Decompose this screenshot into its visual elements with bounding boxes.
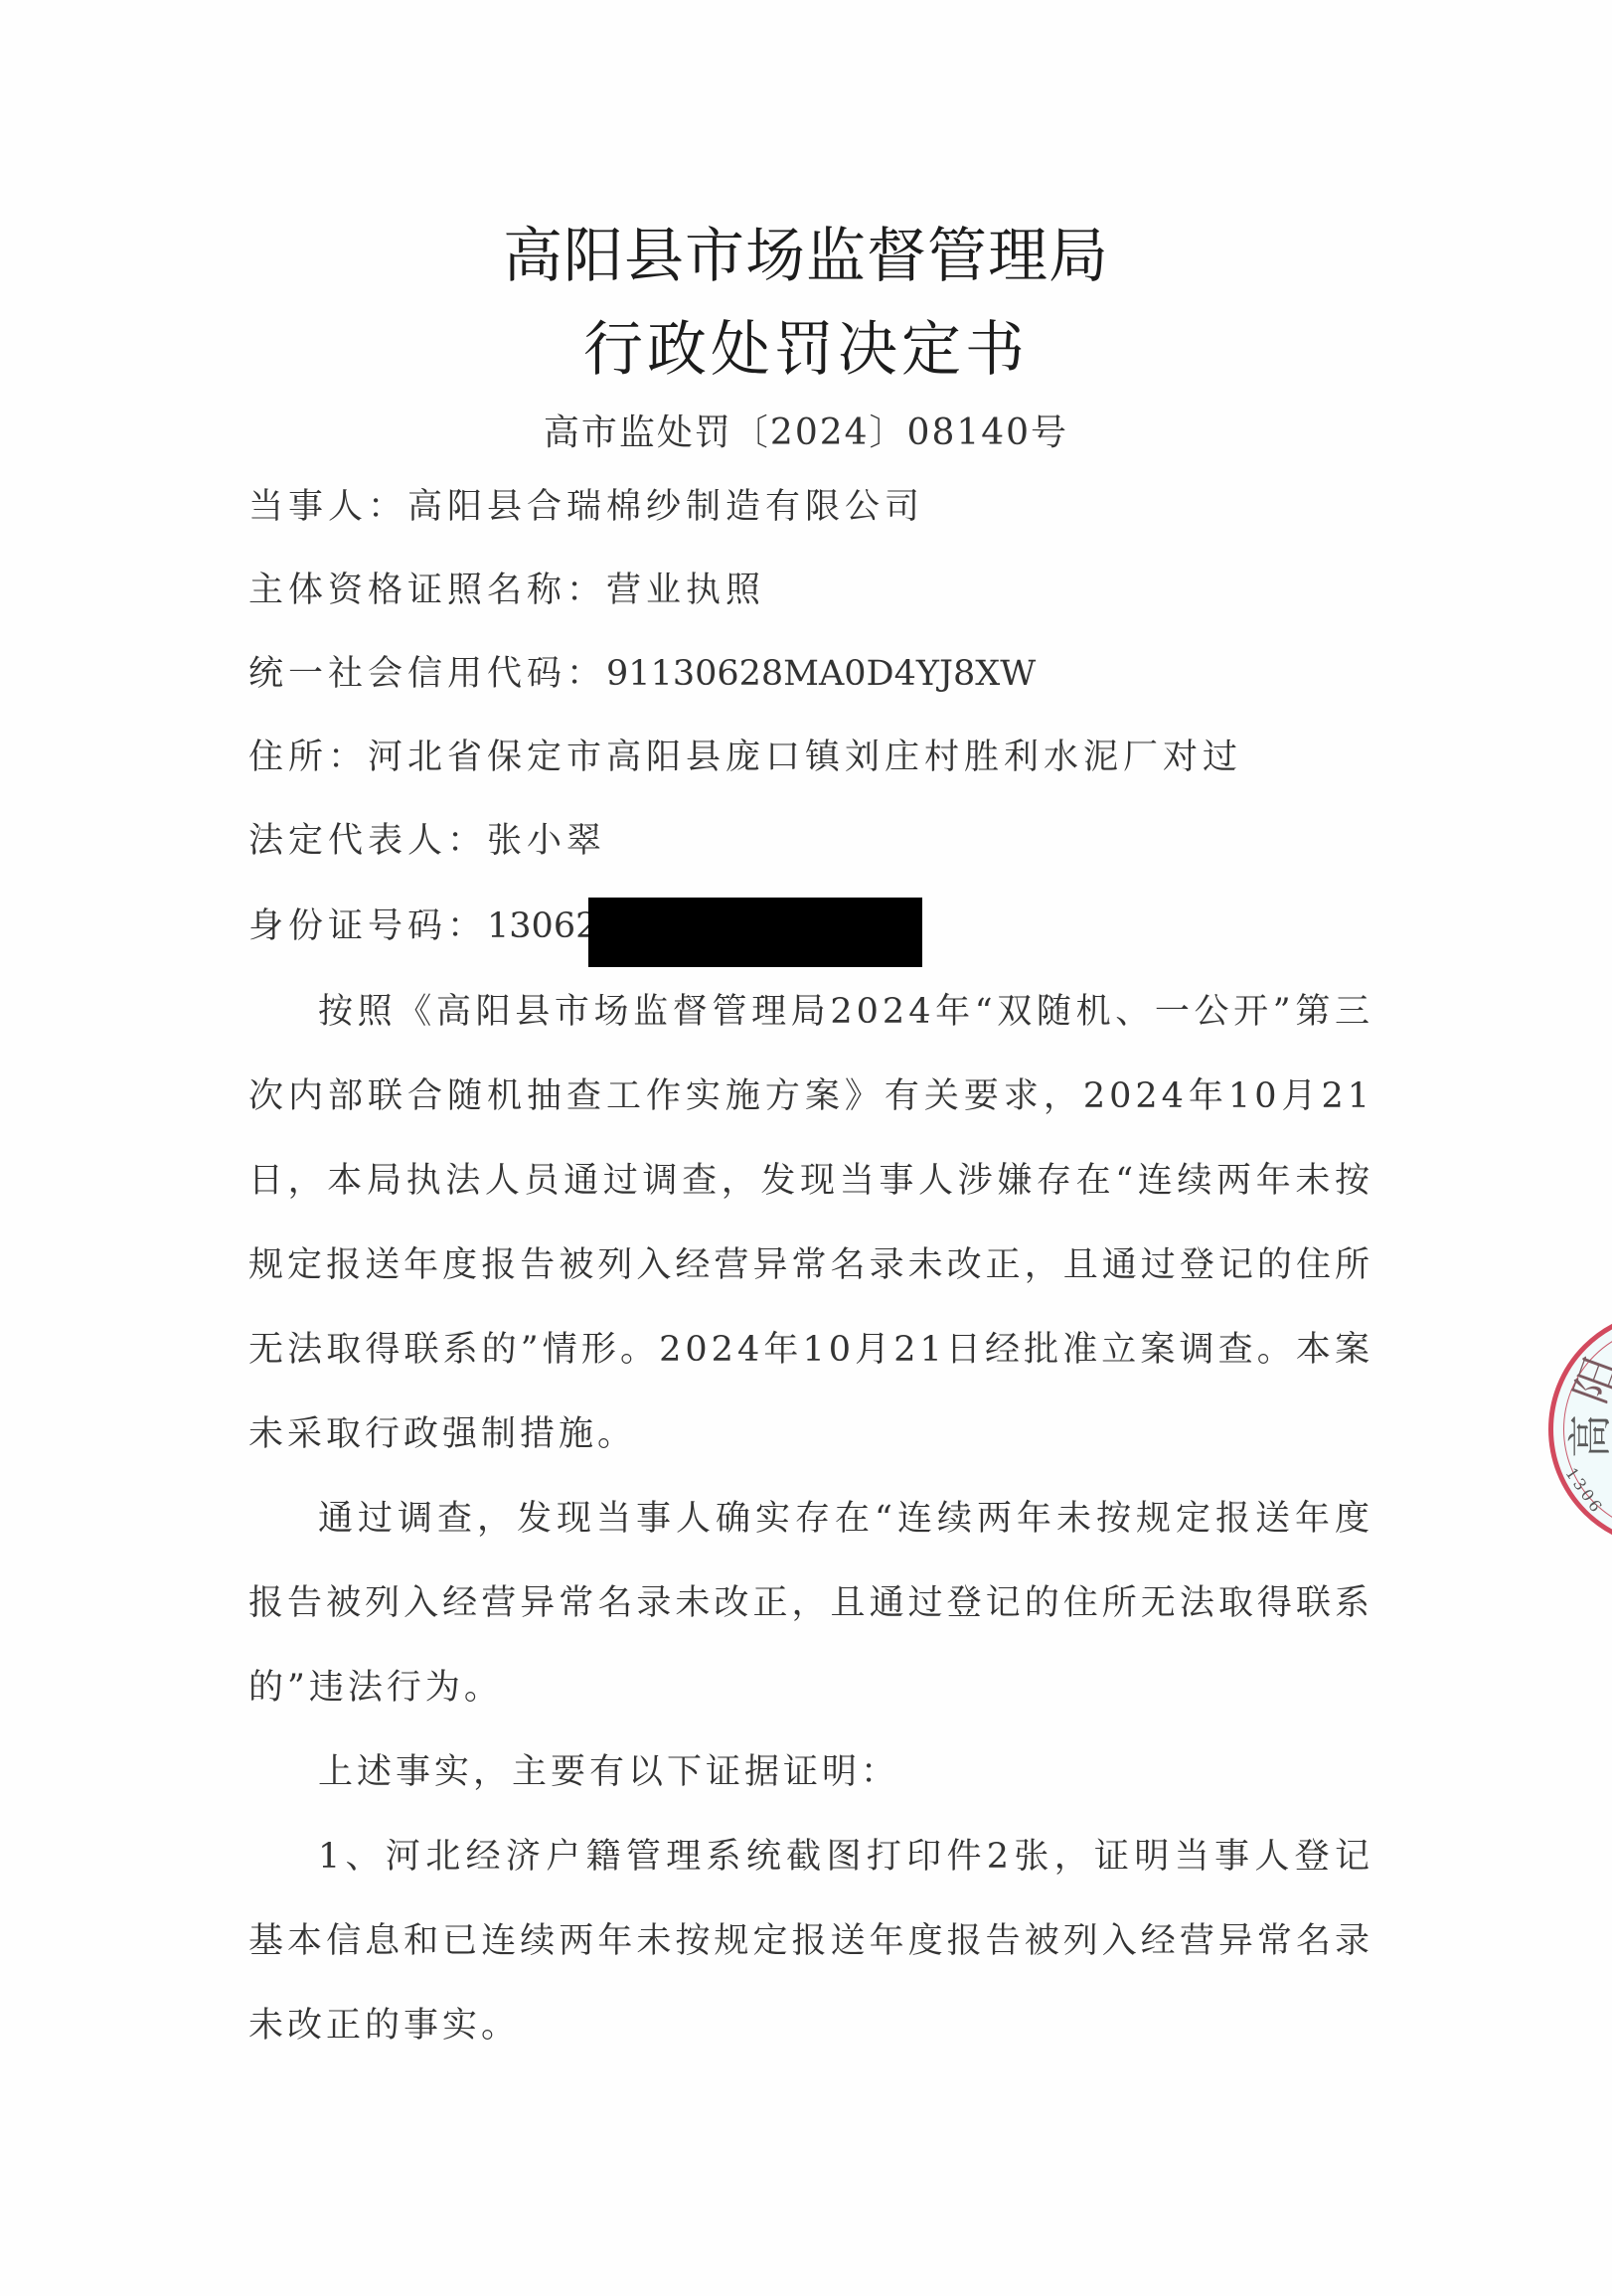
credit-code-value: 91130628MA0D4YJ8XW: [606, 654, 1036, 694]
official-seal-stamp: 阳 高 1306: [1548, 1310, 1612, 1549]
license-name-label: 主体资格证照名称：: [248, 571, 606, 610]
party-label: 当事人：: [248, 487, 407, 527]
redaction-box: [588, 898, 922, 967]
address-value: 河北省保定市高阳县庞口镇刘庄村胜利水泥厂对过: [368, 738, 1242, 777]
paragraph-evidence-item-1: 1、河北经济户籍管理系统截图打印件2张，证明当事人登记基本信息和已连续两年未按规…: [248, 1815, 1373, 2068]
paragraph-evidence-intro: 上述事实，主要有以下证据证明：: [248, 1730, 1373, 1815]
document-type-title: 行政处罚决定书: [0, 314, 1612, 386]
party-value: 高阳县合瑞棉纱制造有限公司: [407, 487, 924, 527]
legal-representative-value: 张小翠: [487, 821, 606, 861]
address-label: 住所：: [248, 738, 368, 777]
issuer-title: 高阳县市场监督管理局: [0, 221, 1612, 292]
id-number-label: 身份证号码：: [248, 906, 487, 946]
id-number-field: 身份证号码：13062: [248, 904, 597, 948]
address-field: 住所：河北省保定市高阳县庞口镇刘庄村胜利水泥厂对过: [248, 736, 1242, 779]
credit-code-label: 统一社会信用代码：: [248, 654, 606, 694]
legal-representative-field: 法定代表人：张小翠: [248, 819, 606, 863]
seal-char-gao: 高: [1569, 1414, 1612, 1458]
license-name-field: 主体资格证照名称：营业执照: [248, 569, 765, 612]
document-page: 高阳县市场监督管理局 行政处罚决定书 高市监处罚〔2024〕08140号 当事人…: [0, 0, 1612, 2296]
license-name-value: 营业执照: [606, 571, 765, 610]
paragraph-investigation-finding: 通过调查，发现当事人确实存在“连续两年未按规定报送年度报告被列入经营异常名录未改…: [248, 1477, 1373, 1730]
id-number-value: 13062: [487, 906, 597, 946]
legal-representative-label: 法定代表人：: [248, 821, 487, 861]
paragraph-inspection-basis: 按照《高阳县市场监督管理局2024年“双随机、一公开”第三次内部联合随机抽查工作…: [248, 970, 1373, 1477]
credit-code-field: 统一社会信用代码：91130628MA0D4YJ8XW: [248, 652, 1036, 696]
case-number: 高市监处罚〔2024〕08140号: [0, 411, 1612, 455]
party-field: 当事人：高阳县合瑞棉纱制造有限公司: [248, 485, 924, 529]
